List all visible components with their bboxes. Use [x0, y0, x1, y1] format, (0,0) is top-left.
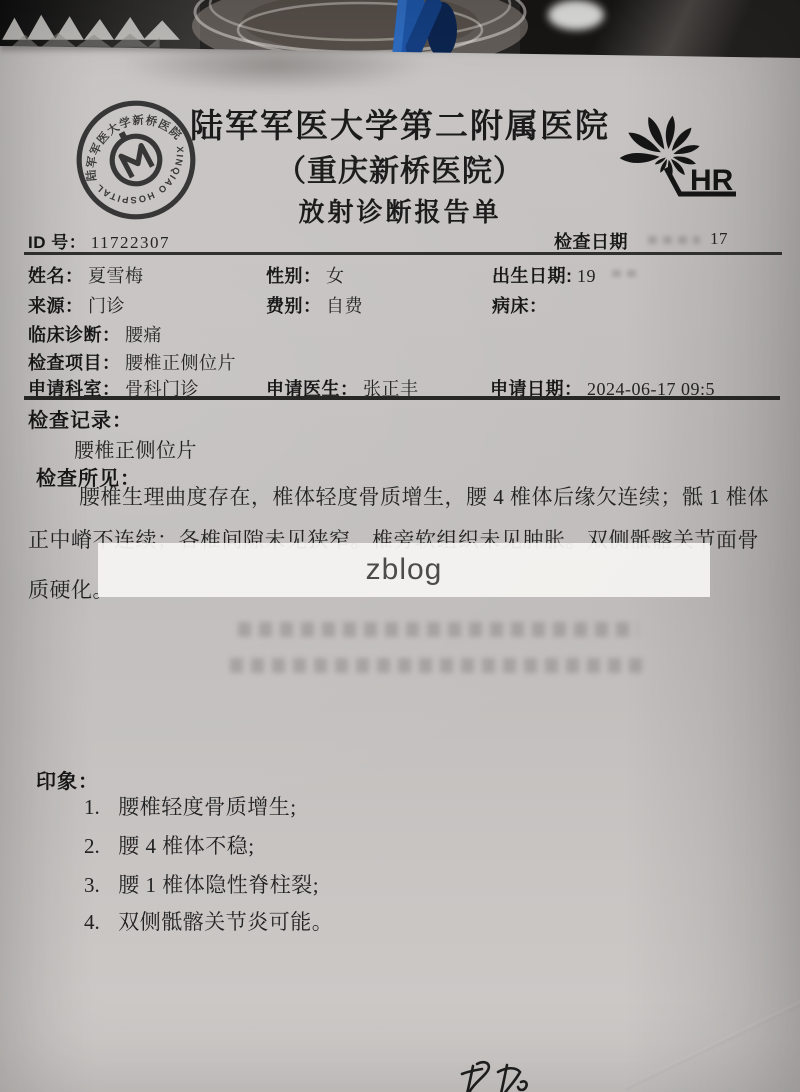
exam-date-value: 17 [710, 229, 728, 249]
jar-shadow-on-paper [125, 46, 425, 92]
item-number: 3. [84, 873, 100, 897]
hr-logo: HR [606, 100, 746, 212]
name-field: 姓名： 夏雪梅 [28, 262, 143, 288]
exam-date-faded-smudge [648, 236, 700, 244]
clinical-dx-label: 临床诊断： [28, 325, 121, 345]
impression-item-2: 2. 腰 4 椎体不稳; [84, 830, 255, 860]
paper-crease [624, 973, 800, 1090]
name-label: 姓名： [28, 266, 84, 286]
birth-field: 出生日期: 19 [492, 262, 596, 288]
exam-item-label: 检查项目： [28, 353, 121, 373]
foil-highlight [2, 12, 180, 40]
record-value: 腰椎正侧位片 [74, 434, 197, 463]
id-row: ID 号： 11722307 [28, 228, 170, 253]
signature-handwriting [455, 1058, 565, 1092]
item-text: 腰 1 椎体隐性脊柱裂; [118, 873, 319, 897]
gender-field: 性别： 女 [266, 262, 344, 288]
watermark-overlay: zblog [98, 543, 710, 597]
id-label: ID 号： [28, 233, 86, 252]
impression-item-3: 3. 腰 1 椎体隐性脊柱裂; [84, 869, 319, 899]
id-value: 11722307 [91, 233, 170, 252]
bed-label: 病床： [492, 296, 548, 316]
impression-item-4: 4. 双侧骶髂关节炎可能。 [84, 906, 333, 936]
clinical-dx-field: 临床诊断： 腰痛 [28, 321, 162, 347]
item-number: 1. [84, 795, 100, 819]
background-white-blob [548, 0, 604, 30]
exam-date-label: 检查日期 [554, 228, 628, 254]
divider-line-top [24, 252, 782, 255]
divider-line-thick [24, 396, 780, 400]
gender-value: 女 [326, 266, 345, 286]
source-value: 门诊 [88, 296, 125, 316]
record-heading: 检查记录： [28, 404, 133, 433]
name-value: 夏雪梅 [88, 266, 144, 286]
exam-item-field: 检查项目： 腰椎正侧位片 [28, 349, 236, 375]
impression-item-1: 1. 腰椎轻度骨质增生; [84, 791, 297, 821]
watermark-text: zblog [366, 553, 443, 587]
fee-value: 自费 [326, 296, 363, 316]
item-number: 2. [84, 834, 100, 858]
fee-field: 费别： 自费 [266, 292, 363, 318]
hr-logo-text: HR [690, 164, 734, 197]
gender-label: 性别： [266, 266, 322, 286]
item-text: 腰 4 椎体不稳; [118, 834, 254, 858]
item-text: 双侧骶髂关节炎可能。 [118, 910, 333, 934]
fee-label: 费别： [266, 296, 322, 316]
report-paper: 陆军军医大学第二附属医院 （重庆新桥医院） 放射诊断报告单 陆军军医大学新桥医院… [0, 0, 800, 1092]
findings-line1: 腰椎生理曲度存在，椎体轻度骨质增生，腰 4 椎体后缘欠连续；骶 1 椎体 [79, 481, 769, 511]
exam-item-value: 腰椎正侧位片 [125, 353, 236, 373]
impression-heading: 印象： [36, 765, 99, 794]
item-text: 腰椎轻度骨质增生; [118, 795, 296, 819]
bed-field: 病床： [492, 292, 548, 318]
source-field: 来源： 门诊 [28, 292, 125, 318]
birth-value: 19 [577, 266, 596, 286]
clinical-dx-value: 腰痛 [125, 325, 162, 345]
ghost-text-line-1 [238, 622, 638, 637]
birth-label: 出生日期: [492, 266, 573, 286]
ghost-text-line-2 [230, 658, 650, 673]
item-number: 4. [84, 910, 100, 934]
source-label: 来源： [28, 296, 84, 316]
birth-faded-smudge [612, 270, 642, 277]
